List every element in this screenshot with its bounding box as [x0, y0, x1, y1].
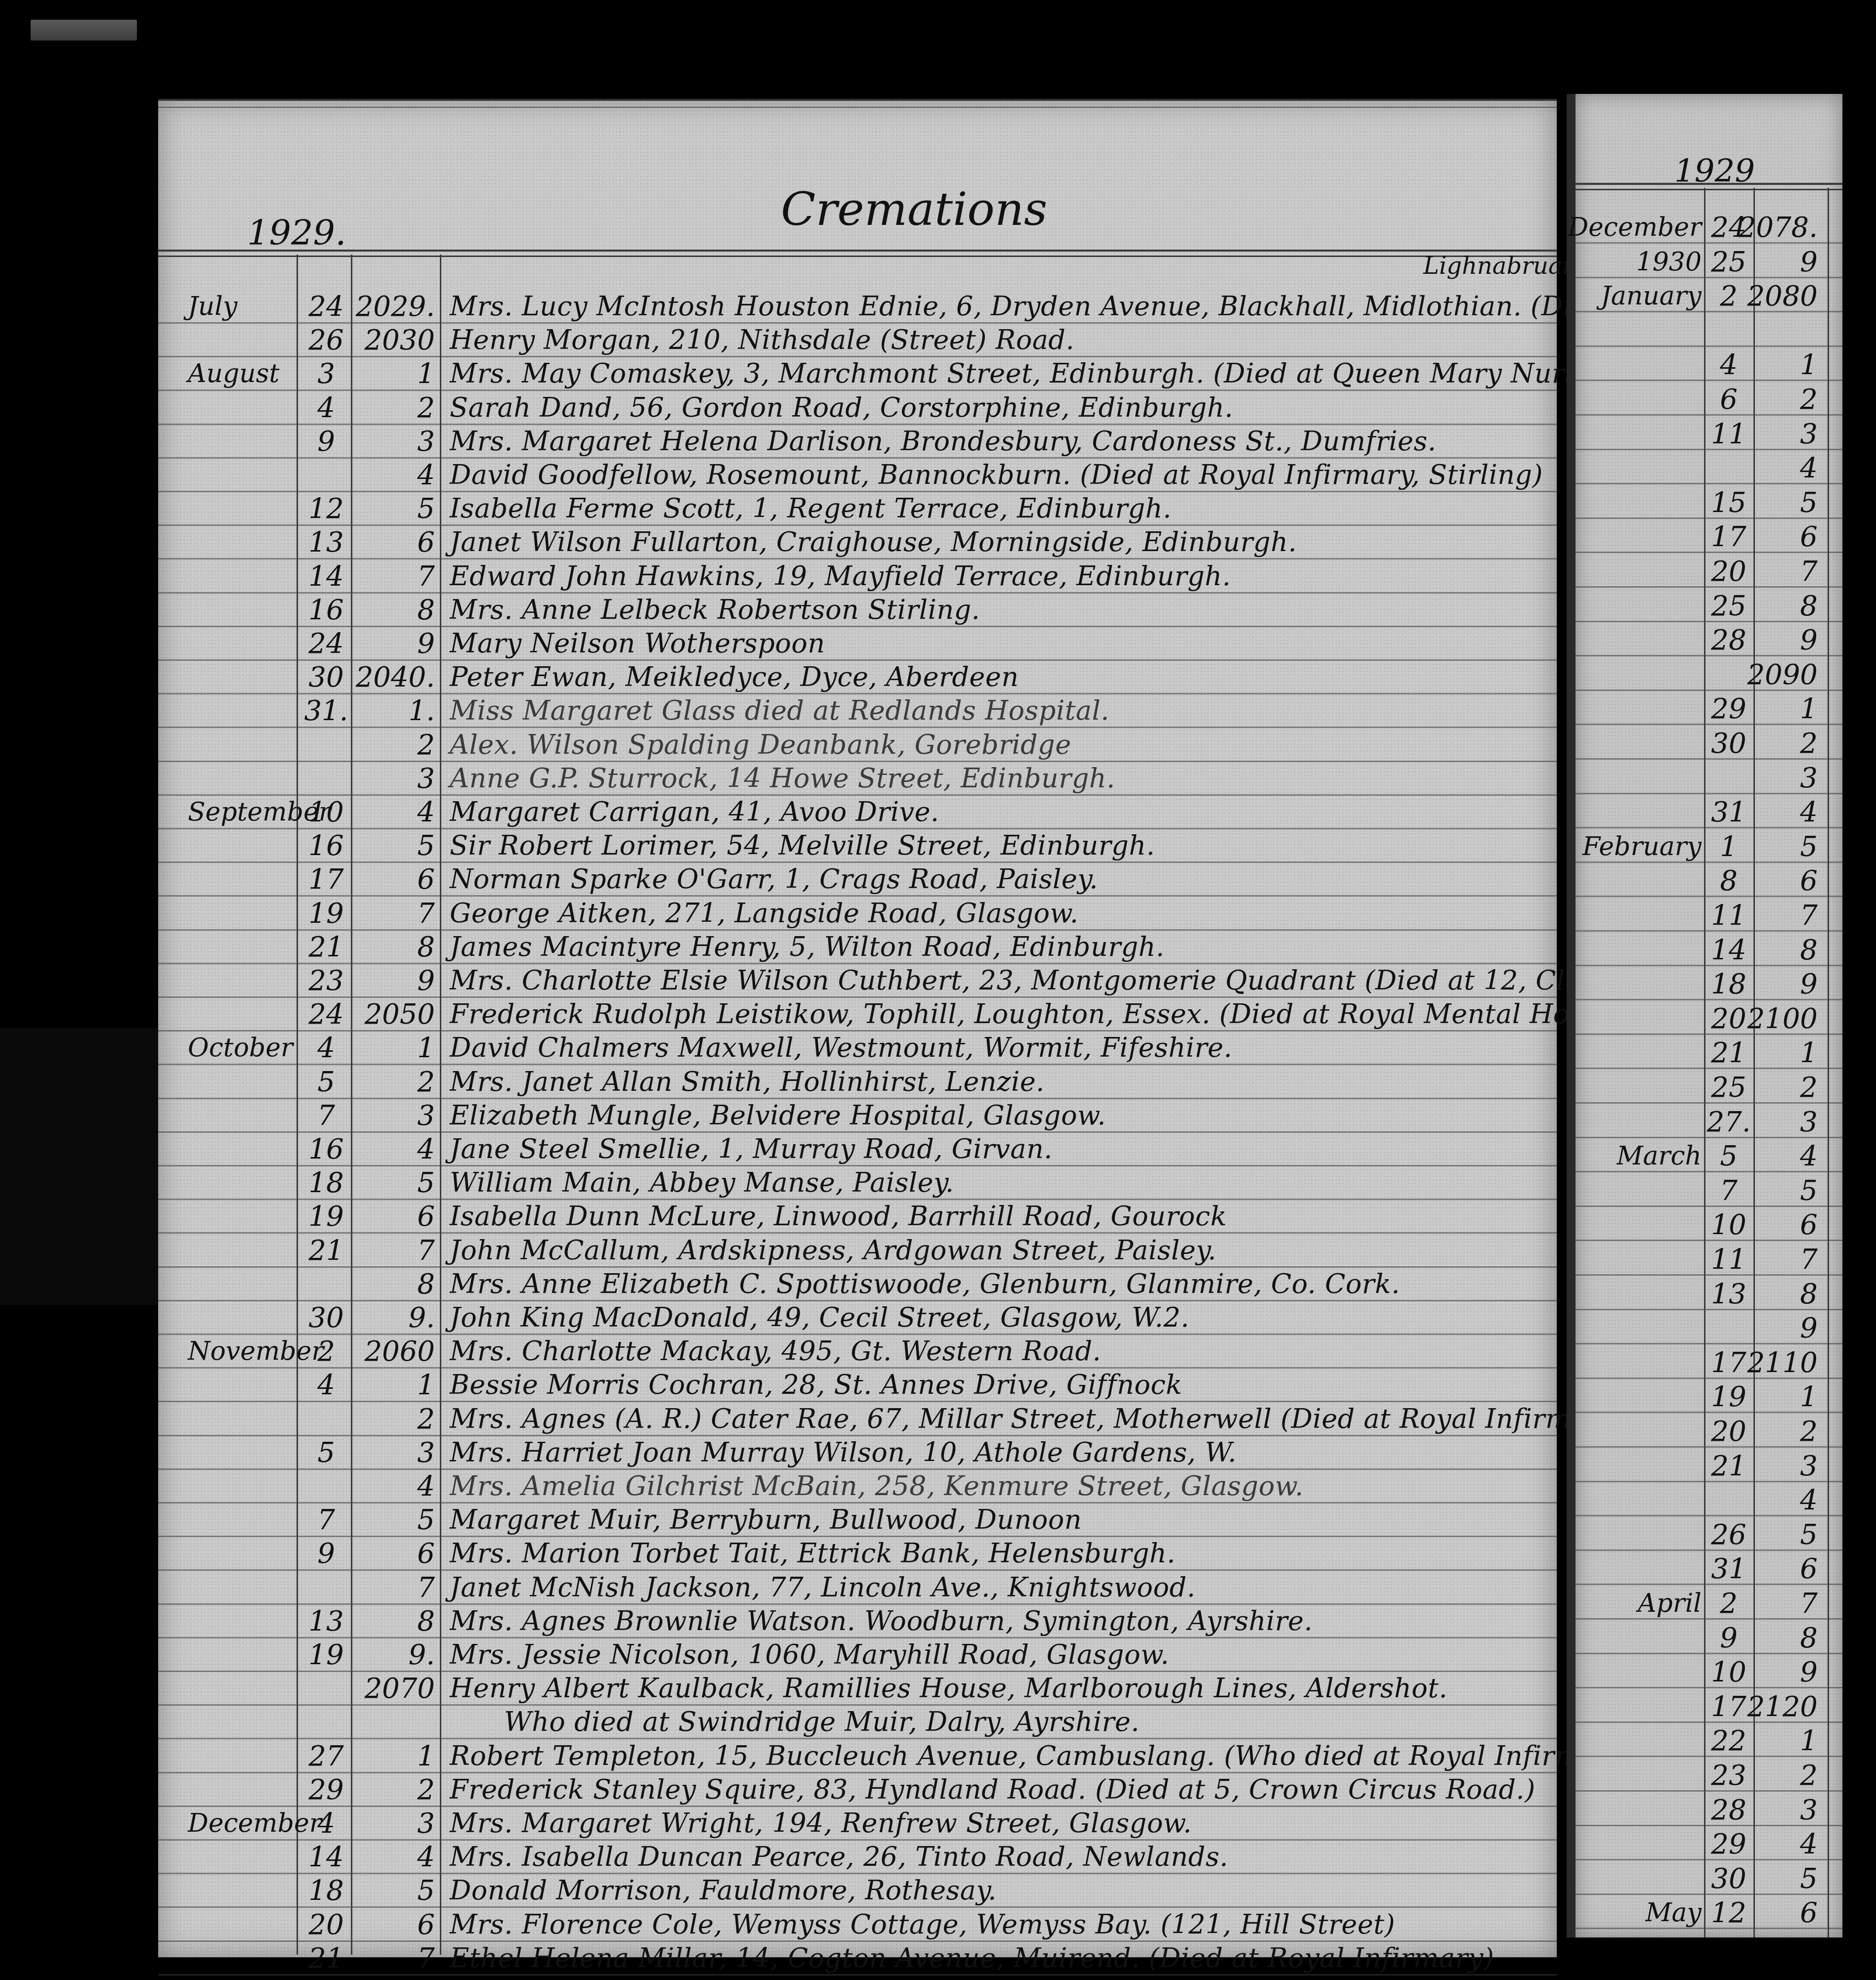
cremation-number-cell: 5: [326, 830, 435, 862]
entry-text-cell: David Chalmers Maxwell, Westmount, Wormi…: [450, 1032, 1233, 1063]
month-cell: February: [1582, 832, 1702, 861]
cremation-number-cell: 6: [1709, 521, 1818, 553]
cremation-number-cell: 9.: [326, 1639, 435, 1671]
entry-text-cell: Mrs. Agnes (A. R.) Cater Rae, 67, Millar…: [450, 1403, 1757, 1434]
cremation-number-cell: 9: [1709, 1656, 1818, 1688]
cremation-number-cell: 8: [326, 1268, 435, 1300]
cremation-number-cell: 2: [326, 1403, 435, 1435]
cremation-number-cell: 7: [326, 560, 435, 593]
cremation-number-cell: 5: [1709, 1863, 1818, 1895]
month-cell: July: [188, 292, 237, 321]
header-rule: [158, 250, 1557, 257]
entry-text-cell: Mrs. Marion Torbet Tait, Ettrick Bank, H…: [450, 1538, 1176, 1569]
entry-text-cell: Mrs. Jessie Nicolson, 1060, Maryhill Roa…: [450, 1639, 1169, 1670]
cremation-number-cell: 2100: [1709, 1003, 1818, 1035]
cremation-number-cell: 4: [1709, 1828, 1818, 1860]
entry-text-cell: John McCallum, Ardskipness, Ardgowan Str…: [450, 1235, 1217, 1266]
cremation-number-cell: 2: [1709, 728, 1818, 760]
ruled-line: [1576, 345, 1842, 347]
cremation-number-cell: 2090: [1709, 659, 1818, 691]
month-cell: March: [1617, 1141, 1702, 1171]
cremation-number-cell: 2029.: [326, 291, 435, 323]
entry-text-cell: Mary Neilson Wotherspoon: [450, 628, 825, 659]
cremation-number-cell: 5: [1709, 1519, 1818, 1551]
cremation-number-cell: 2078.: [1709, 212, 1818, 244]
cremation-number-cell: 1: [326, 358, 435, 390]
cremation-number-cell: 9: [326, 628, 435, 660]
cremation-number-cell: 9: [326, 965, 435, 997]
year-label: 1929.: [247, 213, 346, 253]
cremation-number-cell: 5: [326, 1875, 435, 1907]
cremation-number-cell: 7: [1709, 1244, 1818, 1276]
cremation-number-cell: 9: [1709, 1312, 1818, 1344]
cremation-number-cell: 5: [326, 1167, 435, 1199]
cremation-number-cell: 3: [1709, 1450, 1818, 1482]
cremation-number-cell: 8: [326, 594, 435, 626]
cremation-number-cell: 6: [1709, 1553, 1818, 1585]
entry-text-cell: David Goodfellow, Rosemount, Bannockburn…: [450, 459, 1543, 490]
cremation-number-cell: 7: [326, 1235, 435, 1267]
cremation-number-cell: 2080: [1709, 280, 1818, 312]
ruled-line: [158, 1738, 1557, 1739]
entry-text-cell: Isabella Ferme Scott, 1, Regent Terrace,…: [450, 493, 1172, 524]
cremation-number-cell: 1: [326, 1369, 435, 1401]
cremation-number-cell: 2030: [326, 324, 435, 356]
month-cell: 1930: [1636, 247, 1702, 277]
cremation-number-cell: 3: [326, 1437, 435, 1469]
cremation-number-cell: 2: [1709, 1416, 1818, 1448]
cremation-number-cell: 4: [326, 1133, 435, 1165]
cremation-number-cell: 1: [1709, 349, 1818, 381]
cremation-number-cell: 3: [326, 763, 435, 795]
cremation-number-cell: 1: [1709, 1725, 1818, 1757]
entry-text-cell: Robert Templeton, 15, Buccleuch Avenue, …: [450, 1740, 1635, 1771]
month-cell: May: [1645, 1898, 1702, 1928]
cremation-number-cell: 2110: [1709, 1347, 1818, 1379]
cremation-number-cell: 9.: [326, 1302, 435, 1334]
entry-text-cell: Mrs. Margaret Helena Darlison, Brondesbu…: [450, 426, 1436, 457]
cremation-number-cell: 8: [1709, 1278, 1818, 1310]
cremation-number-cell: 7: [1709, 1588, 1818, 1620]
cremation-number-cell: 8: [326, 931, 435, 963]
entry-text-cell: Donald Morrison, Fauldmore, Rothesay.: [450, 1875, 997, 1906]
page-top-edge: [158, 99, 1557, 108]
cremation-number-cell: 6: [326, 1201, 435, 1233]
month-cell: December: [1568, 213, 1702, 242]
cremation-number-cell: 3: [1709, 762, 1818, 794]
entry-text-cell: Janet McNish Jackson, 77, Lincoln Ave., …: [450, 1572, 1195, 1603]
cremation-number-cell: 9: [1709, 246, 1818, 278]
month-cell: August: [188, 359, 279, 388]
month-cell: October: [188, 1033, 293, 1063]
entry-text-cell: Anne G.P. Sturrock, 14 Howe Street, Edin…: [450, 763, 1115, 794]
page-title: Cremations: [781, 183, 1047, 236]
cremation-number-cell: 7: [1709, 900, 1818, 932]
entry-text-cell: Sir Robert Lorimer, 54, Melville Street,…: [450, 830, 1155, 861]
register-page-left: 1929. Cremations Lighnabruaich) July2420…: [158, 99, 1557, 1957]
entry-text-cell: Margaret Carrigan, 41, Avoo Drive.: [450, 796, 939, 827]
entry-text-cell: Mrs. Florence Cole, Wemyss Cottage, Wemy…: [450, 1909, 1395, 1940]
cremation-number-cell: 6: [326, 526, 435, 559]
cremation-number-cell: 6: [326, 863, 435, 896]
cremation-number-cell: 4: [326, 459, 435, 491]
entry-text-cell: Isabella Dunn McLure, Linwood, Barrhill …: [450, 1201, 1227, 1232]
cremation-number-cell: 5: [326, 1504, 435, 1536]
entry-text-cell: Mrs. Margaret Wright, 194, Renfrew Stree…: [450, 1808, 1192, 1839]
entry-text-cell: Mrs. Janet Allan Smith, Hollinhirst, Len…: [450, 1066, 1045, 1097]
entry-text-cell: Janet Wilson Fullarton, Craighouse, Morn…: [450, 526, 1297, 558]
cremation-number-cell: 2060: [326, 1335, 435, 1368]
month-cell: January: [1601, 281, 1702, 311]
entry-text-cell: Peter Ewan, Meikledyce, Dyce, Aberdeen: [450, 661, 1019, 692]
cremation-number-cell: 8: [1709, 1622, 1818, 1654]
entry-text-cell: Henry Morgan, 210, Nithsdale (Street) Ro…: [450, 324, 1074, 355]
entry-text-cell: Henry Albert Kaulback, Ramillies House, …: [450, 1673, 1448, 1704]
cremation-number-cell: 6: [1709, 1209, 1818, 1241]
cremation-number-cell: 5: [1709, 831, 1818, 863]
cremation-number-cell: 1: [326, 1032, 435, 1064]
cremation-number-cell: 1: [1709, 1037, 1818, 1069]
cremation-number-cell: 9: [1709, 624, 1818, 656]
cremation-number-cell: 3: [1709, 418, 1818, 450]
cremation-number-cell: 2: [1709, 1760, 1818, 1792]
cremation-number-cell: 3: [326, 1808, 435, 1840]
cremation-number-cell: 6: [1709, 865, 1818, 897]
entry-text-cell: Mrs. Agnes Brownlie Watson. Woodburn, Sy…: [450, 1605, 1313, 1636]
cremation-number-cell: 1.: [326, 695, 435, 727]
year-label-right: 1929: [1674, 153, 1755, 190]
entry-text-cell: Miss Margaret Glass died at Redlands Hos…: [450, 695, 1109, 726]
cremation-number-cell: 6: [326, 1909, 435, 1941]
cremation-number-cell: 2070: [326, 1673, 435, 1705]
entry-text-cell: Mrs. Anne Elizabeth C. Spottiswoode, Gle…: [450, 1268, 1400, 1299]
cremation-number-cell: 3: [326, 1100, 435, 1132]
cremation-number-cell: 7: [326, 898, 435, 930]
entry-text-cell: Margaret Muir, Berryburn, Bullwood, Duno…: [450, 1504, 1082, 1535]
cremation-number-cell: 5: [326, 493, 435, 525]
cremation-number-cell: 1: [1709, 1381, 1818, 1413]
entry-text-cell: Edward John Hawkins, 19, Mayfield Terrac…: [450, 560, 1231, 592]
cremation-number-cell: 2: [326, 729, 435, 761]
entry-text-cell: George Aitken, 271, Langside Road, Glasg…: [450, 898, 1078, 929]
entry-text-cell: Norman Sparke O'Garr, 1, Crags Road, Pai…: [450, 863, 1098, 895]
entry-text-cell: John King MacDonald, 49, Cecil Street, G…: [450, 1302, 1190, 1333]
cremation-number-cell: 7: [1709, 556, 1818, 588]
entry-text-cell: Mrs. Amelia Gilchrist McBain, 258, Kenmu…: [450, 1470, 1304, 1502]
entry-text-cell: Sarah Dand, 56, Gordon Road, Corstorphin…: [450, 392, 1233, 423]
cremation-number-cell: 4: [1709, 1484, 1818, 1516]
cremation-number-cell: 2: [326, 1066, 435, 1098]
cremation-number-cell: 5: [1709, 487, 1818, 519]
cremation-number-cell: 2040.: [326, 661, 435, 693]
cremation-number-cell: 2120: [1709, 1691, 1818, 1723]
cremation-number-cell: 9: [1709, 968, 1818, 1000]
entry-text-cell: Jane Steel Smellie, 1, Murray Road, Girv…: [450, 1133, 1053, 1164]
entry-text-cell: Frederick Stanley Squire, 83, Hyndland R…: [450, 1774, 1535, 1805]
entry-text-cell: William Main, Abbey Manse, Paisley.: [450, 1167, 954, 1198]
cremation-number-cell: 4: [326, 1841, 435, 1873]
cremation-number-cell: 1: [1709, 693, 1818, 725]
entry-text-cell: Ethel Helena Millar, 14, Cogton Avenue, …: [450, 1942, 1494, 1974]
cremation-number-cell: 4: [1709, 1140, 1818, 1172]
cremation-number-cell: 8: [326, 1605, 435, 1637]
cremation-number-cell: 8: [1709, 590, 1818, 622]
cremation-number-cell: 4: [1709, 796, 1818, 828]
cremation-number-cell: 7: [326, 1942, 435, 1975]
cremation-number-cell: 2: [326, 392, 435, 424]
entry-text-cell: Mrs. Anne Lelbeck Robertson Stirling.: [450, 594, 980, 625]
entry-text-cell: James Macintyre Henry, 5, Wilton Road, E…: [450, 931, 1165, 962]
cremation-number-cell: 6: [1709, 1897, 1818, 1929]
entry-text-cell: Elizabeth Mungle, Belvidere Hospital, Gl…: [450, 1100, 1106, 1131]
entry-text-cell: Mrs. Charlotte Mackay, 495, Gt. Western …: [450, 1335, 1101, 1367]
cremation-number-cell: 2050: [326, 998, 435, 1031]
cremation-number-cell: 6: [326, 1538, 435, 1570]
cremation-number-cell: 8: [1709, 934, 1818, 966]
register-page-right: 1929 December242078.1930259January220804…: [1567, 94, 1842, 1937]
cremation-number-cell: 4: [326, 1470, 435, 1503]
entry-text-cell: Bessie Morris Cochran, 28, St. Annes Dri…: [450, 1369, 1182, 1400]
cremation-number-cell: 3: [1709, 1794, 1818, 1826]
cremation-number-cell: 3: [1709, 1106, 1818, 1138]
cremation-number-cell: 2: [326, 1774, 435, 1806]
entry-text-cell: Mrs. Harriet Joan Murray Wilson, 10, Ath…: [450, 1437, 1236, 1468]
cremation-number-cell: 4: [1709, 452, 1818, 484]
cremation-number-cell: 4: [326, 796, 435, 828]
entry-text-cell: Mrs. Isabella Duncan Pearce, 26, Tinto R…: [450, 1841, 1228, 1872]
column-divider-entry: [440, 255, 441, 1955]
cremation-number-cell: 7: [326, 1572, 435, 1604]
entry-text-cell: Who died at Swindridge Muir, Dalry, Ayrs…: [504, 1706, 1140, 1737]
cremation-number-cell: 5: [1709, 1175, 1818, 1207]
month-cell: April: [1638, 1589, 1702, 1618]
column-divider-right-end: [1828, 188, 1829, 1937]
cremation-number-cell: 2: [1709, 1072, 1818, 1104]
entry-text-cell: Alex. Wilson Spalding Deanbank, Gorebrid…: [450, 729, 1071, 760]
archive-label-strip: [31, 20, 137, 41]
cremation-number-cell: 2: [1709, 384, 1818, 416]
cremation-number-cell: 1: [326, 1740, 435, 1772]
entry-text-cell: Mrs. May Comaskey, 3, Marchmont Street, …: [450, 358, 1723, 389]
cremation-number-cell: 3: [326, 426, 435, 458]
